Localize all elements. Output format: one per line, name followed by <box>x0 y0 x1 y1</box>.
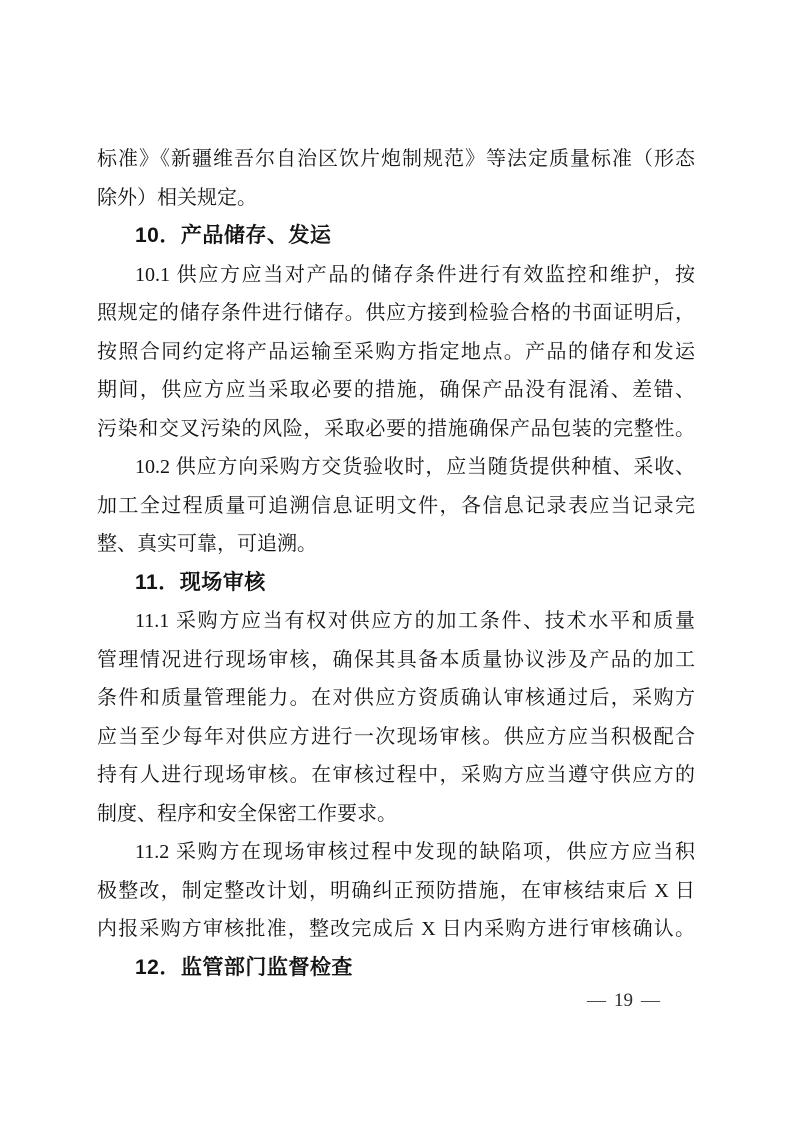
section-heading-10: 10．产品储存、发运 <box>97 217 695 256</box>
footer-dash-left: — <box>579 990 614 1011</box>
footer-dash-right: — <box>633 990 668 1011</box>
page-footer: —19— <box>0 990 668 1012</box>
text-line: 除外）相关规定。 <box>97 179 695 218</box>
text-line: 加工全过程质量可追溯信息证明文件，各信息记录表应当记录完 <box>97 487 695 526</box>
text-line: 持有人进行现场审核。在审核过程中，采购方应当遵守供应方的 <box>97 756 695 795</box>
text-line: 按照合同约定将产品运输至采购方指定地点。产品的储存和发运 <box>97 333 695 372</box>
text-line: 管理情况进行现场审核，确保其具备本质量协议涉及产品的加工 <box>97 641 695 680</box>
text-line: 内报采购方审核批准，整改完成后 X 日内采购方进行审核确认。 <box>97 910 695 949</box>
text-line: 条件和质量管理能力。在对供应方资质确认审核通过后，采购方 <box>97 679 695 718</box>
text-line: 应当至少每年对供应方进行一次现场审核。供应方应当积极配合 <box>97 718 695 757</box>
text-line: 11.1 采购方应当有权对供应方的加工条件、技术水平和质量 <box>97 602 695 641</box>
text-line: 制度、程序和安全保密工作要求。 <box>97 795 695 834</box>
section-heading-11: 11．现场审核 <box>97 564 695 603</box>
text-line: 极整改，制定整改计划，明确纠正预防措施，在审核结束后 X 日 <box>97 872 695 911</box>
page-number: 19 <box>614 990 633 1011</box>
text-line: 10.2 供应方向采购方交货验收时，应当随货提供种植、采收、 <box>97 448 695 487</box>
text-line: 标准》《新疆维吾尔自治区饮片炮制规范》等法定质量标准（形态 <box>97 140 695 179</box>
text-line: 11.2 采购方在现场审核过程中发现的缺陷项，供应方应当积 <box>97 833 695 872</box>
text-line: 污染和交叉污染的风险，采取必要的措施确保产品包装的完整性。 <box>97 410 695 449</box>
text-line: 10.1 供应方应当对产品的储存条件进行有效监控和维护，按 <box>97 256 695 295</box>
text-line: 期间，供应方应当采取必要的措施，确保产品没有混淆、差错、 <box>97 371 695 410</box>
document-text-block: 标准》《新疆维吾尔自治区饮片炮制规范》等法定质量标准（形态 除外）相关规定。 1… <box>97 140 695 987</box>
text-line: 整、真实可靠，可追溯。 <box>97 525 695 564</box>
text-line: 照规定的储存条件进行储存。供应方接到检验合格的书面证明后， <box>97 294 695 333</box>
section-heading-12: 12．监管部门监督检查 <box>97 949 695 988</box>
